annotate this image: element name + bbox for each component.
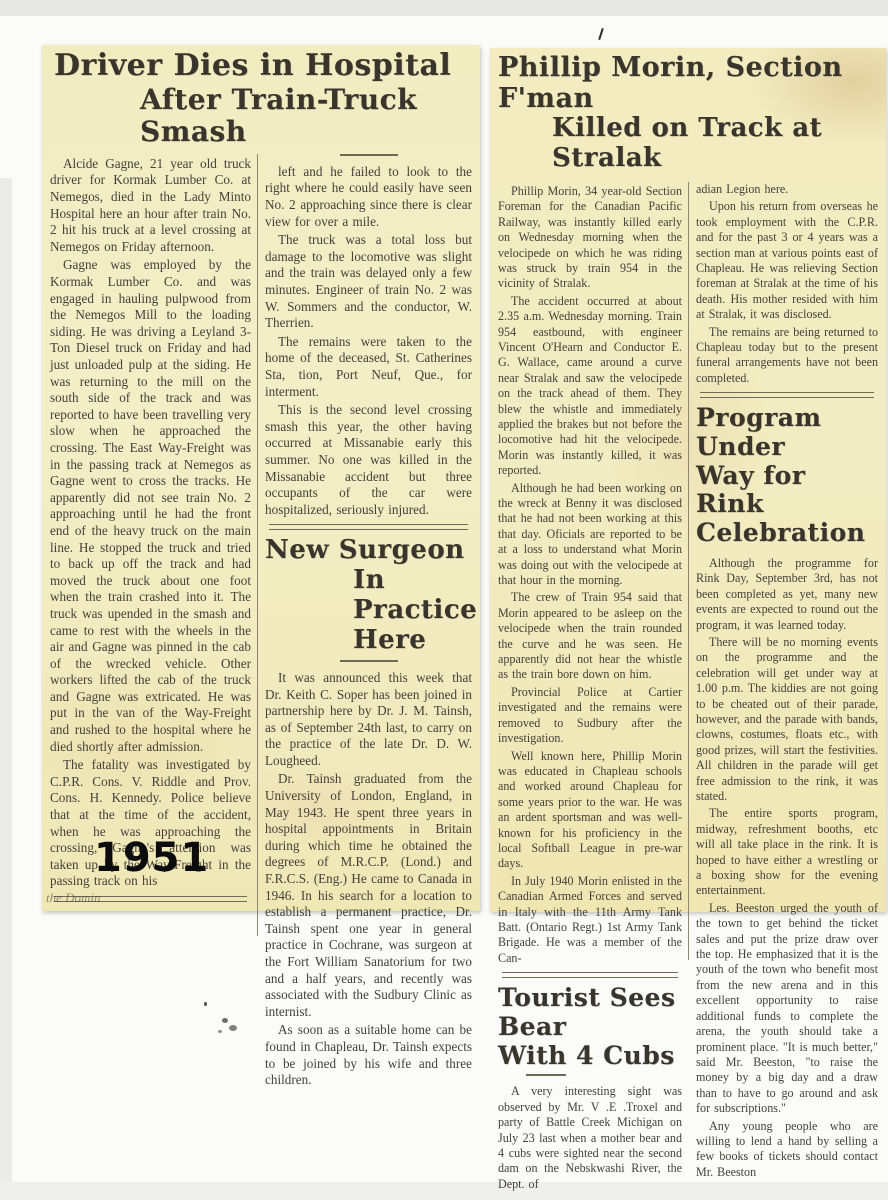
article-paragraph: Dr. Tainsh graduated from the University… — [265, 771, 472, 1020]
right-clip-column-1: Phillip Morin, 34 year-old Section Forem… — [490, 182, 688, 960]
dust-speck — [218, 1030, 222, 1033]
article-paragraph: It was announced this week that Dr. Keit… — [265, 670, 472, 770]
article-paragraph: Although the programme for Rink Day, Sep… — [696, 556, 878, 633]
dust-speck — [222, 1018, 228, 1023]
article-paragraph: As soon as a suitable home can be found … — [265, 1022, 472, 1088]
cut-off-text-fragment: the Domin — [46, 890, 261, 906]
article-paragraph: A very interesting sight was observed by… — [498, 1084, 682, 1192]
article-paragraph: In July 1940 Morin enlisted in the Canad… — [498, 874, 682, 966]
article-paragraph: This is the second level crossing smash … — [265, 402, 472, 518]
scanner-edge-top — [0, 0, 888, 16]
bear-headline-line1: Tourist Sees Bear — [498, 984, 682, 1042]
surgeon-headline-line1: New Surgeon — [265, 536, 472, 566]
headline-underline-rule — [340, 660, 398, 662]
article-paragraph: Phillip Morin, 34 year-old Section Forem… — [498, 184, 682, 292]
left-headline-line2: After Train-Truck Smash — [42, 84, 480, 148]
article-paragraph: Gagne was employed by the Kormak Lumber … — [50, 257, 251, 755]
article-paragraph: Provincial Police at Cartier investigate… — [498, 685, 682, 747]
left-clip-column-2: left and he failed to look to the right … — [257, 154, 480, 936]
left-headline-line1: Driver Dies in Hospital — [42, 49, 480, 84]
rink-headline-line2: Way for Rink — [696, 462, 878, 520]
article-paragraph: Well known here, Phillip Morin was educa… — [498, 749, 682, 872]
handwritten-year-annotation: 1951 — [94, 835, 209, 881]
left-newspaper-clipping: Driver Dies in Hospital After Train-Truc… — [42, 45, 480, 911]
article-divider-rule — [269, 524, 468, 530]
article-paragraph: Les. Beeston urged the youth of the town… — [696, 901, 878, 1117]
article-paragraph: The entire sports program, midway, refre… — [696, 806, 878, 898]
right-headline-line1: Phillip Morin, Section F'man — [490, 52, 886, 114]
right-clip-column-2: adian Legion here. Upon his return from … — [688, 182, 886, 960]
article-paragraph: Any young people who are willing to lend… — [696, 1119, 878, 1181]
left-clip-column-1: Alcide Gagne, 21 year old truck driver f… — [42, 154, 257, 936]
rink-headline-line3: Celebration — [696, 519, 878, 548]
article-paragraph: There will be no morning events on the p… — [696, 635, 878, 804]
dust-speck — [229, 1025, 237, 1031]
article-paragraph: Alcide Gagne, 21 year old truck driver f… — [50, 156, 251, 256]
rink-headline-line1: Program Under — [696, 404, 878, 462]
headline-underline-rule — [526, 1074, 566, 1076]
article-paragraph: The accident occurred at about 2.35 a.m.… — [498, 294, 682, 479]
article-paragraph: The remains were taken to the home of th… — [265, 334, 472, 400]
article-paragraph: adian Legion here. — [696, 182, 878, 197]
article-divider-rule — [502, 972, 678, 978]
scanner-edge-bottom — [0, 1182, 888, 1200]
dust-speck — [204, 1002, 207, 1006]
article-paragraph: The truck was a total loss but damage to… — [265, 232, 472, 332]
article-paragraph: Although he had been working on the wrec… — [498, 481, 682, 589]
pen-mark — [598, 28, 604, 40]
article-paragraph: Upon his return from overseas he took em… — [696, 199, 878, 322]
right-headline-line2: Killed on Track at Stralak — [490, 114, 886, 174]
article-divider-rule — [700, 392, 874, 398]
article-paragraph: The remains are being returned to Chaple… — [696, 325, 878, 387]
right-newspaper-clipping: Phillip Morin, Section F'man Killed on T… — [490, 48, 886, 912]
scanner-edge-left — [0, 178, 12, 1200]
headline-underline-rule — [340, 154, 398, 156]
surgeon-headline-line2: In Practice Here — [265, 566, 472, 656]
article-paragraph: left and he failed to look to the right … — [265, 164, 472, 230]
article-paragraph: The crew of Train 954 said that Morin ap… — [498, 590, 682, 682]
bear-headline-line2: With 4 Cubs — [498, 1042, 682, 1071]
